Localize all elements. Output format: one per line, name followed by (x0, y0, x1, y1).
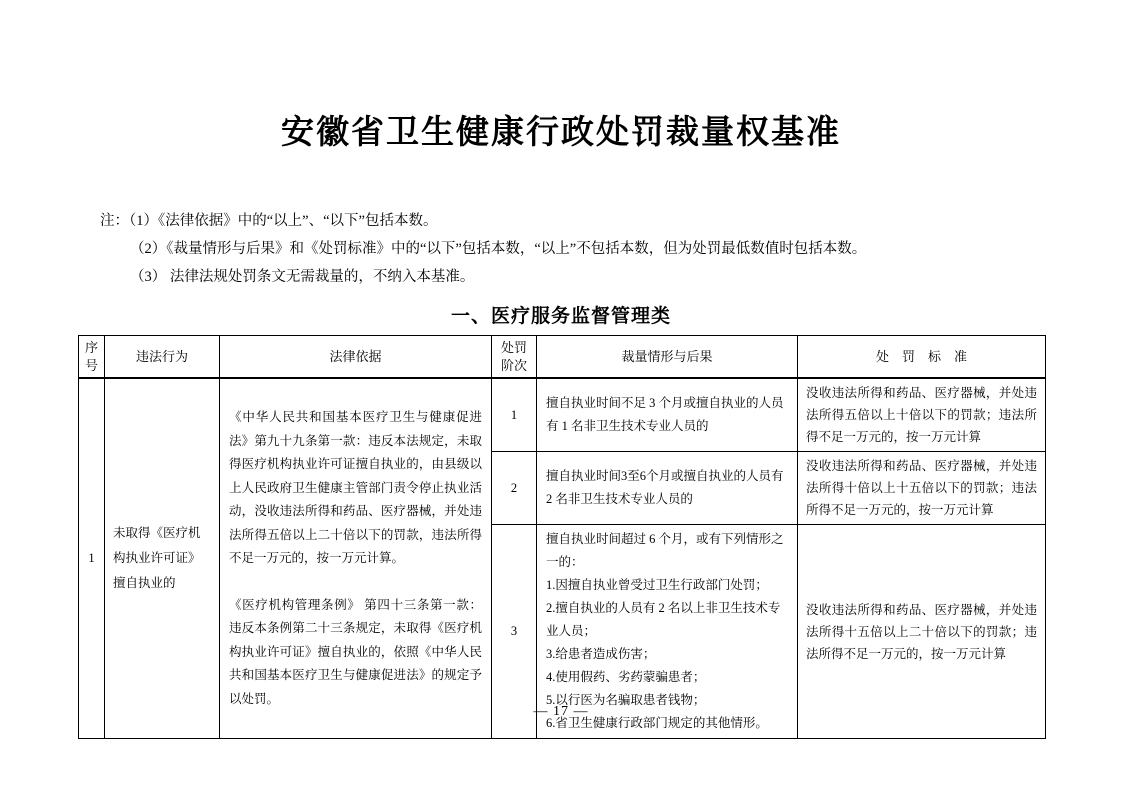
note-item-1: （1）《法律依据》中的“以上”、“以下”包括本数。 (129, 213, 438, 229)
col-header-circumstance: 裁量情形与后果 (537, 336, 798, 379)
cell-standard-1: 没收违法所得和药品、医疗器械，并处违法所得五倍以上十倍以下的罚款；违法所得不足一… (798, 378, 1046, 452)
note-line-3: （3） 法律法规处罚条文无需裁量的，不纳入本基准。 (130, 263, 1090, 291)
col-header-legal-basis: 法律依据 (220, 336, 492, 379)
col-header-index: 序 号 (79, 336, 105, 379)
col-header-tier: 处罚 阶次 (492, 336, 537, 379)
cell-tier-1: 1 (492, 378, 537, 452)
cell-legal-basis: 《中华人民共和国基本医疗卫生与健康促进法》第九十九条第一款：违反本法规定，未取得… (220, 378, 492, 739)
note-line-2: （2）《裁量情形与后果》和《处罚标准》中的“以下”包括本数，“以上”不包括本数，… (130, 235, 1090, 263)
legal-basis-paragraph-1: 《中华人民共和国基本医疗卫生与健康促进法》第九十九条第一款：违反本法规定，未取得… (229, 406, 482, 571)
cell-circumstance-1: 擅自执业时间不足 3 个月或擅自执业的人员有 1 名非卫生技术专业人员的 (537, 378, 798, 452)
col-header-standard: 处罚标准 (798, 336, 1046, 379)
cell-circumstance-2: 擅自执业时间3至6个月或擅自执业的人员有 2 名非卫生技术专业人员的 (537, 452, 798, 525)
cell-violation: 未取得《医疗机构执业许可证》擅自执业的 (105, 378, 220, 739)
cell-tier-2: 2 (492, 452, 537, 525)
penalty-table: 序 号 违法行为 法律依据 处罚 阶次 裁量情形与后果 处罚标准 1 未取得《医… (78, 335, 1046, 739)
page-title: 安徽省卫生健康行政处罚裁量权基准 (0, 106, 1122, 153)
notes-label: 注： (100, 213, 129, 229)
note-line-1: 注：（1）《法律依据》中的“以上”、“以下”包括本数。 (100, 207, 1090, 235)
legal-basis-paragraph-2: 《医疗机构管理条例》 第四十三条第一款：违反本条例第二十三条规定，未取得《医疗机… (229, 594, 482, 712)
table-header-row: 序 号 违法行为 法律依据 处罚 阶次 裁量情形与后果 处罚标准 (79, 336, 1046, 379)
section-title: 一、医疗服务监督管理类 (0, 301, 1122, 328)
cell-index: 1 (79, 378, 105, 739)
table-row-tier-1: 1 未取得《医疗机构执业许可证》擅自执业的 《中华人民共和国基本医疗卫生与健康促… (79, 378, 1046, 452)
cell-standard-2: 没收违法所得和药品、医疗器械，并处违法所得十倍以上十五倍以下的罚款；违法所得不足… (798, 452, 1046, 525)
notes-block: 注：（1）《法律依据》中的“以上”、“以下”包括本数。 （2）《裁量情形与后果》… (100, 207, 1090, 291)
page-number: — 17 — (0, 704, 1122, 720)
col-header-violation: 违法行为 (105, 336, 220, 379)
